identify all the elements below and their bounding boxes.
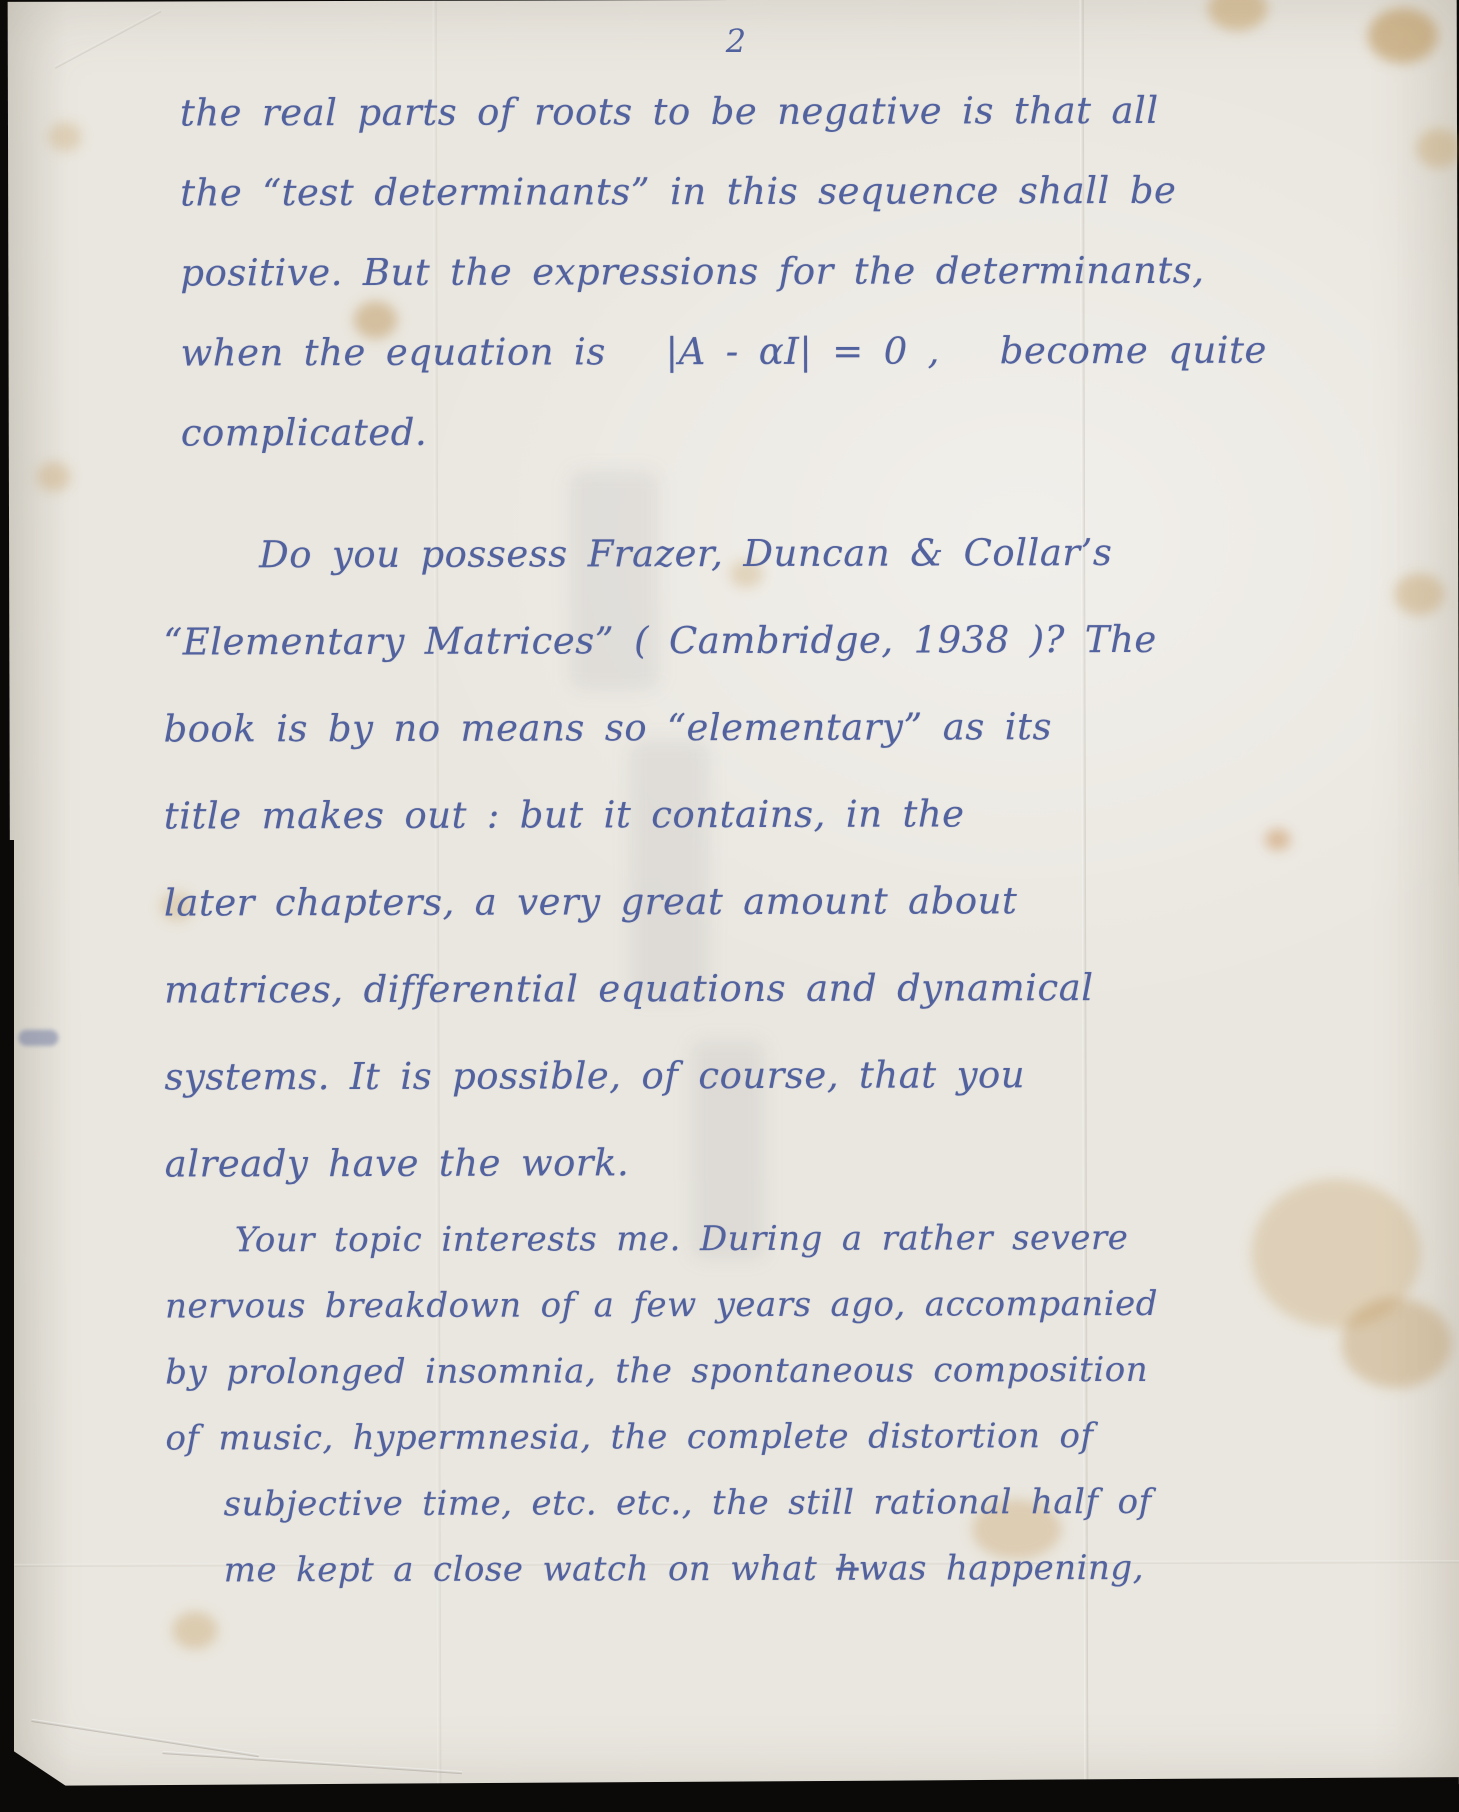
handwritten-line: nervous breakdown of a few years ago, ac… [165, 1270, 1400, 1339]
corner-crease [31, 1719, 259, 1757]
age-stain [172, 1611, 218, 1649]
age-stain [1368, 8, 1438, 63]
handwritten-line: positive. But the expressions for the de… [180, 230, 1397, 313]
line-text: was happening, [859, 1548, 1144, 1589]
handwritten-line: “Elementary Matrices” ( Cambridge, 1938 … [163, 595, 1398, 685]
page-number: 2 [726, 22, 747, 60]
handwritten-line: the “test determinants” in this sequence… [180, 150, 1397, 233]
handwritten-line: book is by no means so “elementary” as i… [163, 682, 1398, 772]
handwritten-line: by prolonged insomnia, the spontaneous c… [165, 1336, 1400, 1405]
handwritten-line: of music, hypermnesia, the complete dist… [165, 1402, 1400, 1471]
handwritten-line: matrices, differential equations and dyn… [164, 943, 1399, 1033]
corner-crease [54, 10, 161, 69]
scanned-letter: 2 the real parts of roots to be negative… [0, 0, 1459, 1812]
handwritten-line: Your topic interests me. During a rather… [235, 1204, 1400, 1273]
scanner-edge-left [0, 840, 14, 1786]
letter-page: 2 the real parts of roots to be negative… [8, 0, 1459, 1788]
age-stain [48, 122, 82, 152]
letter-body: the real parts of roots to be negative i… [180, 70, 1401, 1603]
age-stain [1394, 573, 1444, 615]
handwritten-line: subjective time, etc. etc., the still ra… [224, 1468, 1401, 1537]
handwritten-line: title makes out : but it contains, in th… [164, 769, 1399, 859]
handwritten-line: Do you possess Frazer, Duncan & Collar’s [259, 508, 1398, 598]
handwritten-line: already have the work. [165, 1117, 1400, 1207]
handwritten-line: systems. It is possible, of course, that… [164, 1030, 1399, 1120]
line-text: me kept a close watch on what [224, 1549, 837, 1591]
corner-crease [163, 1751, 463, 1774]
age-stain [37, 462, 71, 492]
handwritten-line: me kept a close watch on what hwas happe… [224, 1534, 1401, 1603]
ink-smear [18, 1030, 58, 1046]
struck-out-text: h [836, 1549, 859, 1589]
handwritten-line: complicated. [181, 390, 1398, 473]
age-stain [1208, 0, 1268, 31]
handwritten-line: later chapters, a very great amount abou… [164, 856, 1399, 946]
handwritten-line: the real parts of roots to be negative i… [180, 70, 1397, 153]
age-stain [1416, 128, 1459, 168]
handwritten-line: when the equation is |A - αI| = 0 , beco… [180, 310, 1397, 393]
